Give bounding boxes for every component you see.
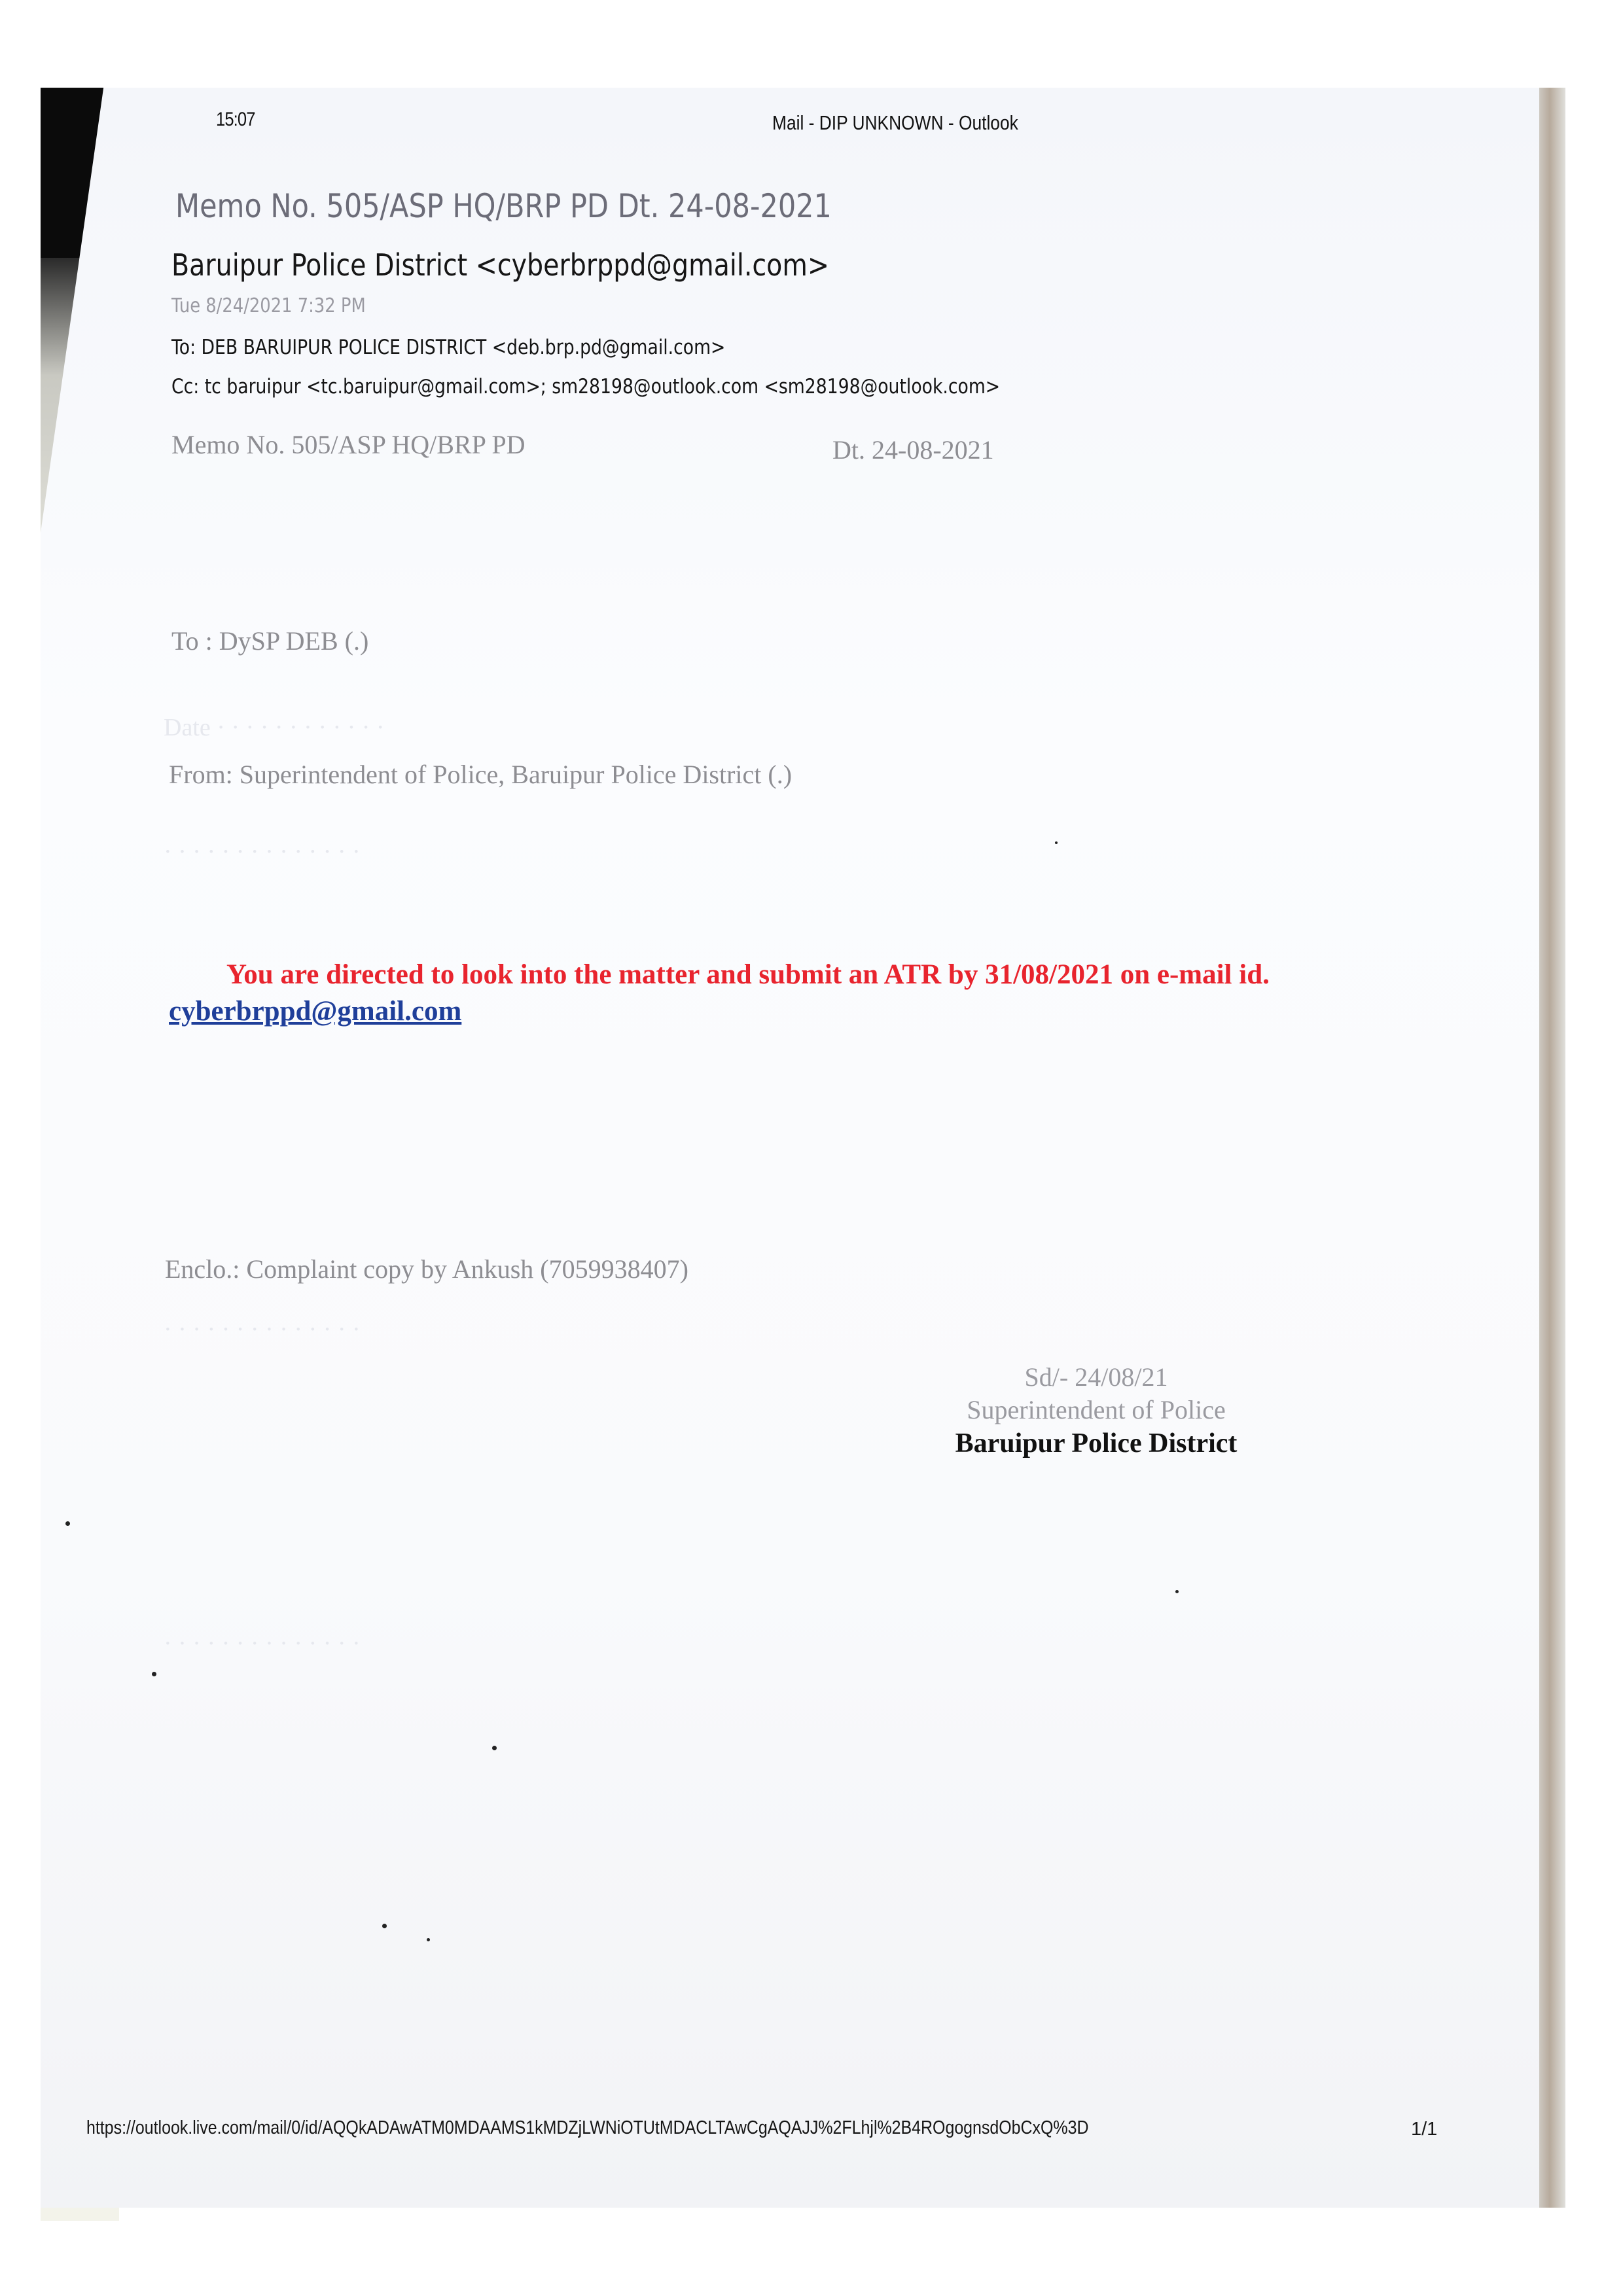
signature-office: Baruipur Police District — [929, 1426, 1263, 1460]
signature-designation: Superintendent of Police — [929, 1394, 1263, 1426]
signature-block: Sd/- 24/08/21 Superintendent of Police B… — [929, 1361, 1263, 1460]
print-footer-url: https://outlook.live.com/mail/0/id/AQQkA… — [86, 2117, 1088, 2139]
memo-recipient: To : DySP DEB (.) — [171, 626, 368, 656]
scan-speck — [152, 1672, 156, 1676]
email-sender: Baruipur Police District <cyberbrppd@gma… — [171, 247, 829, 283]
memo-directive: You are directed to look into the matter… — [169, 957, 1334, 1030]
scan-speck — [1175, 1590, 1179, 1593]
memo-enclosure: Enclo.: Complaint copy by Ankush (705993… — [165, 1254, 688, 1284]
signature-date: Sd/- 24/08/21 — [929, 1361, 1263, 1394]
email-to: To: DEB BARUIPUR POLICE DISTRICT <deb.br… — [171, 336, 725, 359]
print-window-title: Mail - DIP UNKNOWN - Outlook — [772, 111, 1018, 135]
email-sent-time: Tue 8/24/2021 7:32 PM — [171, 294, 366, 317]
show-through-text: Date · · · · · · · · · · · · — [164, 713, 385, 742]
memo-number: Memo No. 505/ASP HQ/BRP PD — [171, 429, 525, 460]
show-through-text: · · · · · · · · · · · · · · — [164, 838, 361, 866]
directive-text: You are directed to look into the matter… — [226, 959, 1270, 990]
email-cc: Cc: tc baruipur <tc.baruipur@gmail.com>;… — [171, 375, 1000, 398]
scan-speck — [1055, 841, 1058, 844]
directive-email-link[interactable]: cyberbrppd@gmail.com — [169, 996, 461, 1027]
printed-page — [41, 88, 1539, 2208]
print-page-count: 1/1 — [1411, 2119, 1437, 2140]
memo-date: Dt. 24-08-2021 — [832, 434, 994, 465]
show-through-text: · · · · · · · · · · · · · · — [164, 1629, 361, 1658]
memo-sender: From: Superintendent of Police, Baruipur… — [169, 759, 792, 790]
email-subject: Memo No. 505/ASP HQ/BRP PD Dt. 24-08-202… — [175, 187, 832, 225]
scan-speck — [427, 1938, 430, 1941]
scan-speck — [65, 1521, 70, 1526]
show-through-text: · · · · · · · · · · · · · · — [164, 1315, 361, 1344]
scan-speck — [492, 1746, 497, 1750]
scan-speck — [382, 1924, 387, 1928]
print-time: 15:07 — [216, 109, 255, 131]
